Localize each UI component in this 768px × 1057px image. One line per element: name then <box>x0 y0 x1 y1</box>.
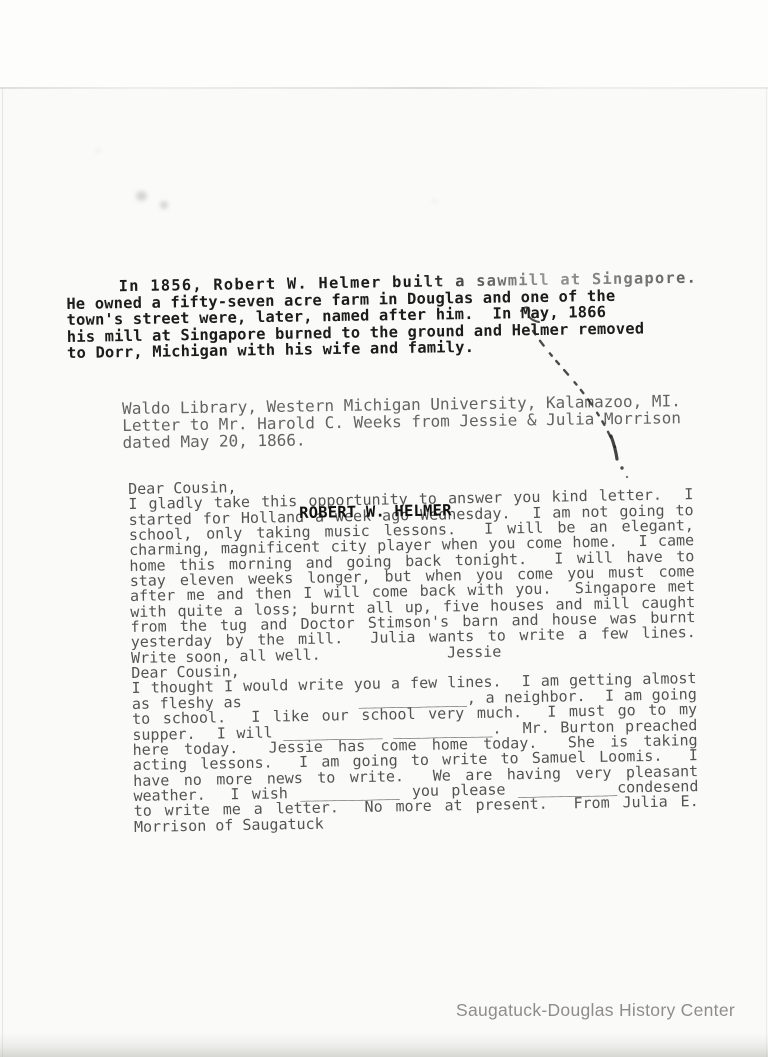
smudge-mark <box>96 149 100 153</box>
watermark: Saugatuck-Douglas History Center <box>456 1000 735 1021</box>
page-top-edge <box>0 87 768 89</box>
page-bottom-shadow <box>0 1033 768 1057</box>
letter-body: Dear Cousin, I gladly take this opportun… <box>128 472 699 835</box>
intro-paragraph: In 1856, Robert W. Helmer built a sawmil… <box>66 269 732 362</box>
scanner-background <box>0 0 768 87</box>
smudge-mark <box>432 199 437 203</box>
smudge-mark <box>160 201 168 209</box>
scanned-letter-page: In 1856, Robert W. Helmer built a sawmil… <box>0 0 768 1057</box>
smudge-mark <box>136 191 147 201</box>
helmer-title-overlay: ROBERT W. HELMER <box>299 501 452 522</box>
archive-citation: Waldo Library, Western Michigan Universi… <box>122 392 768 451</box>
page-right-edge <box>766 88 767 1057</box>
page-left-edge <box>2 88 3 1057</box>
